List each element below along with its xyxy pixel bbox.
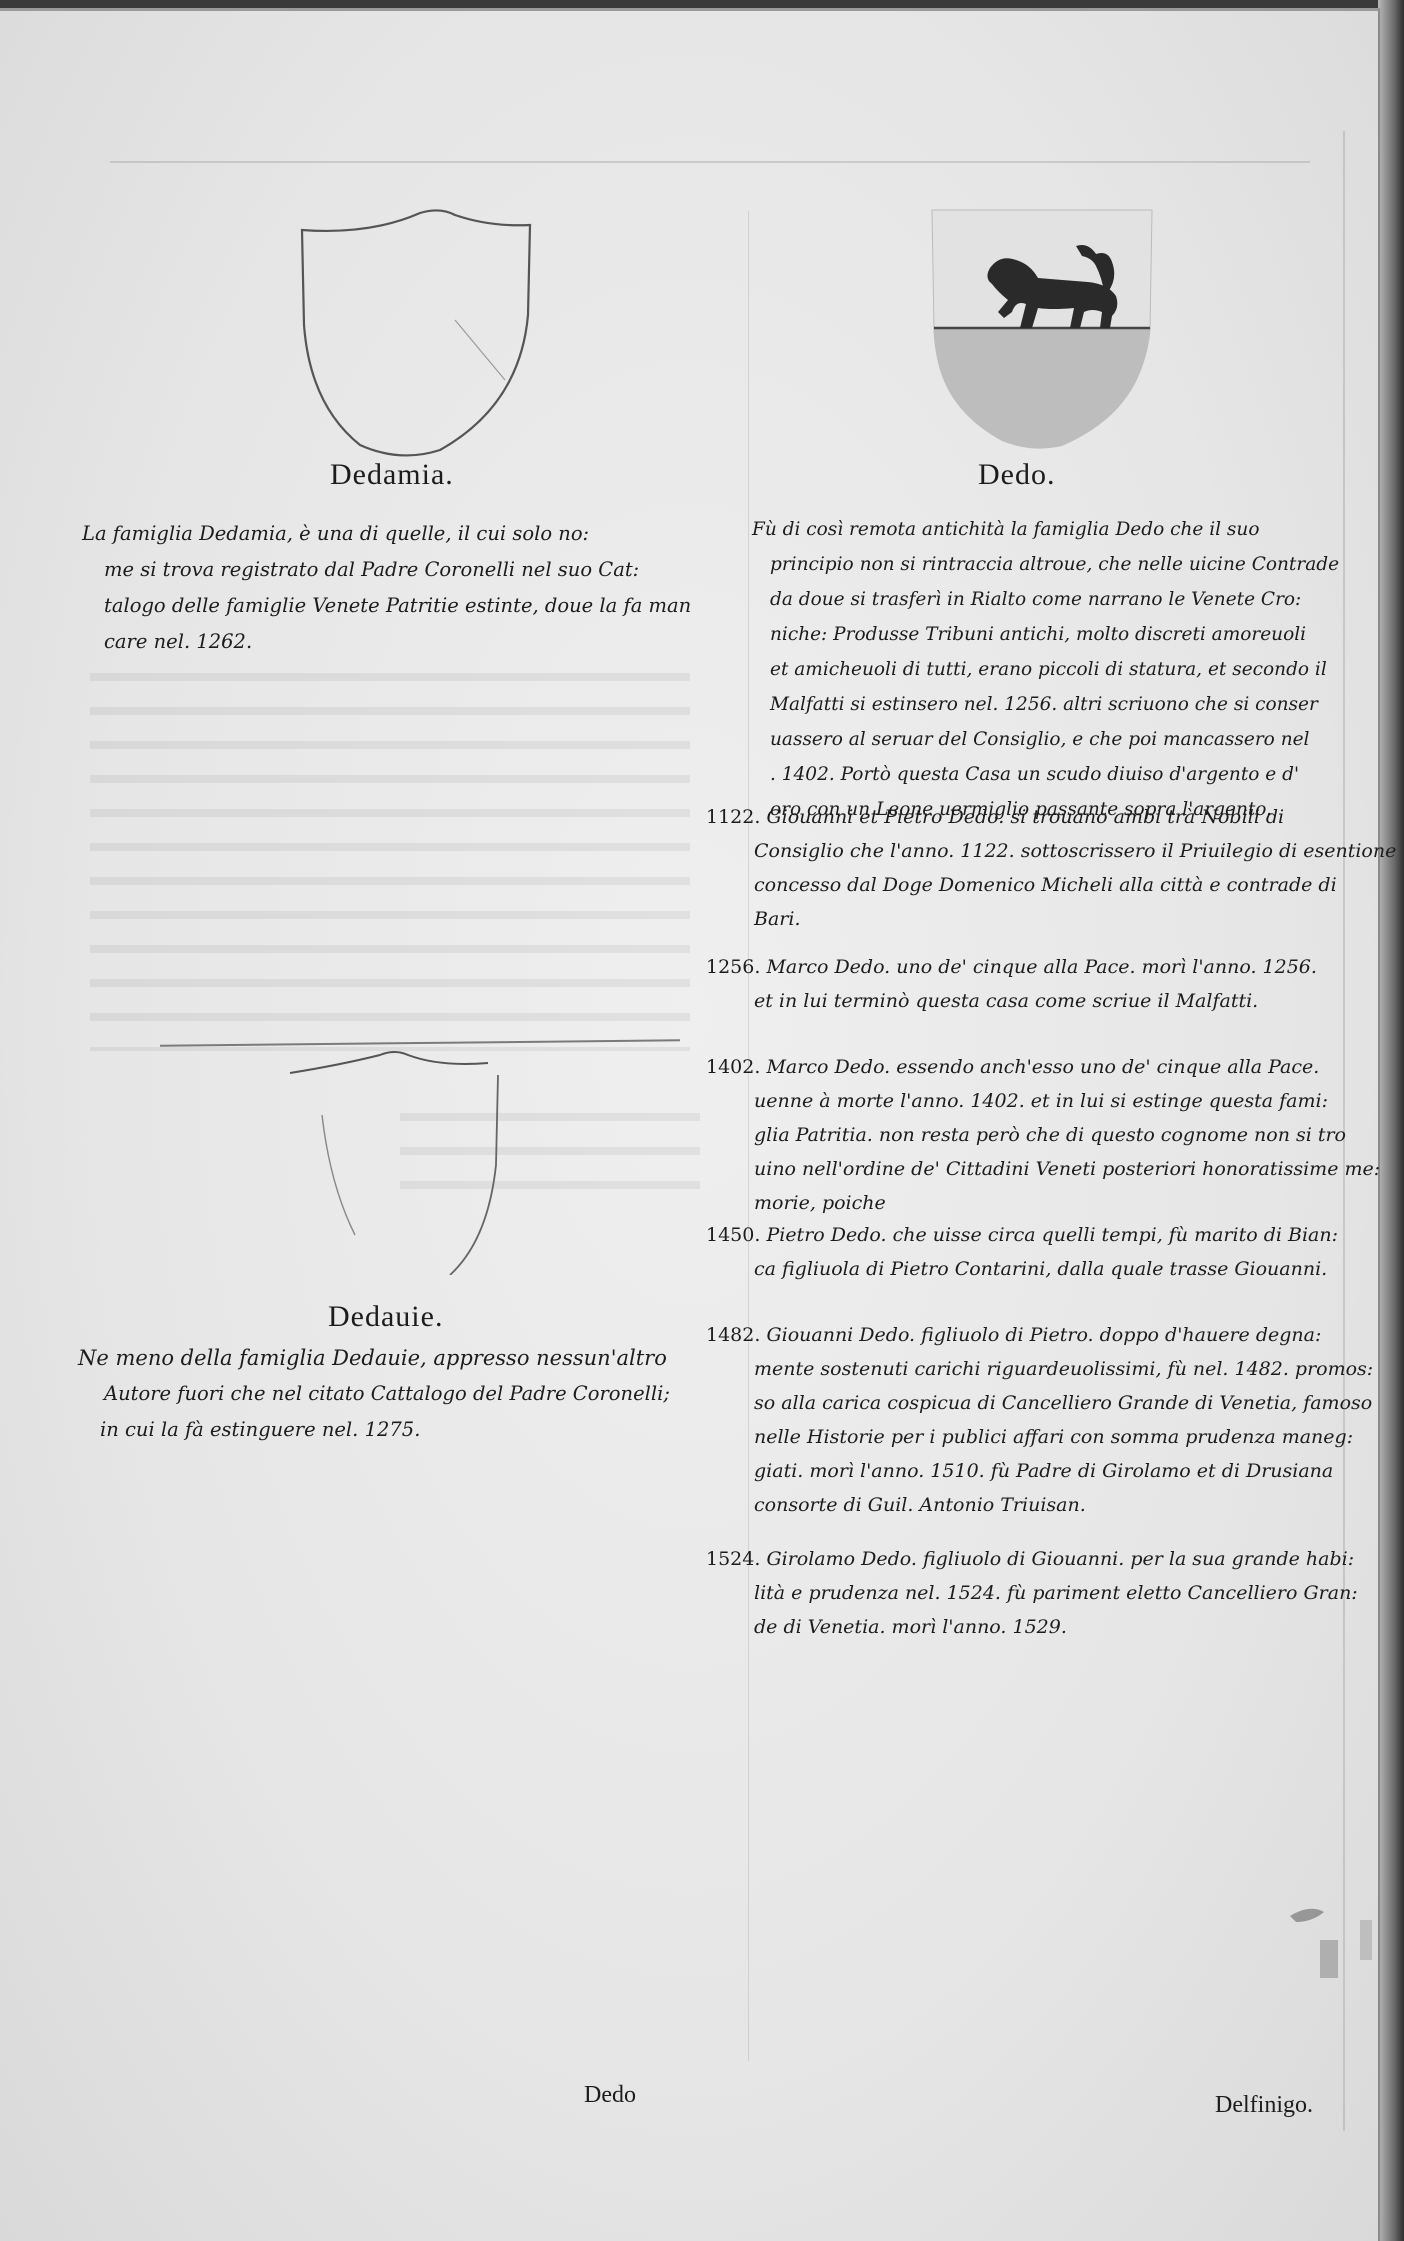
text-line: Girolamo Dedo. figliuolo di Giouanni. pe… — [766, 1548, 1354, 1570]
text-line: et amicheuoli di tutti, erano piccoli di… — [752, 652, 1339, 687]
text-line: talogo delle famiglie Venete Patritie es… — [82, 588, 691, 624]
entry-year: 1524. — [706, 1548, 760, 1570]
catchword-left: Dedo — [584, 2082, 636, 2109]
text-line: Bari. — [706, 902, 1396, 936]
catchword-right: Delfinigo. — [1215, 2092, 1313, 2119]
text-line: Giouanni et Pietro Dedo. si trouano ambi… — [766, 806, 1284, 828]
text-line: Marco Dedo. essendo anch'esso uno de' ci… — [766, 1056, 1319, 1078]
text-line: me si trova registrato dal Padre Coronel… — [82, 552, 691, 588]
text-line: Giouanni Dedo. figliuolo di Pietro. dopp… — [766, 1324, 1321, 1346]
text-line: uassero al seruar del Consiglio, e che p… — [752, 722, 1339, 757]
entry-year: 1256. — [706, 956, 760, 978]
text-line: nelle Historie per i publici affari con … — [706, 1420, 1373, 1454]
dedamia-description: La famiglia Dedamia, è una di quelle, il… — [82, 516, 691, 660]
text-line: . 1402. Portò questa Casa un scudo diuis… — [752, 757, 1339, 792]
text-line: uino nell'ordine de' Cittadini Veneti po… — [706, 1152, 1380, 1186]
chronicle-entry-1450: 1450. Pietro Dedo. che uisse circa quell… — [706, 1218, 1338, 1286]
text-line: so alla carica cospicua di Cancelliero G… — [706, 1386, 1373, 1420]
text-line: Fù di così remota antichità la famiglia … — [752, 512, 1339, 547]
text-line: La famiglia Dedamia, è una di quelle, il… — [82, 516, 691, 552]
text-line: care nel. 1262. — [82, 624, 691, 660]
entry-year: 1122. — [706, 806, 760, 828]
coat-of-arms-dedauie-icon — [280, 1045, 520, 1275]
text-line: uenne à morte l'anno. 1402. et in lui si… — [706, 1084, 1380, 1118]
family-title-dedamia: Dedamia. — [330, 458, 454, 492]
ink-bleed-through — [90, 651, 690, 1051]
ink-stain-icon — [1290, 1890, 1380, 1980]
ruled-margin-top — [110, 161, 1310, 163]
chronicle-entry-1122: 1122. Giouanni et Pietro Dedo. si trouan… — [706, 800, 1396, 936]
chronicle-entry-1256: 1256. Marco Dedo. uno de' cinque alla Pa… — [706, 950, 1317, 1018]
binding-edge — [1378, 0, 1404, 2241]
family-title-dedauie: Dedauie. — [328, 1300, 443, 1334]
text-line: Ne meno della famiglia Dedauie, appresso… — [78, 1340, 670, 1376]
coat-of-arms-dedamia-icon — [280, 205, 540, 460]
text-line: glia Patritia. non resta però che di que… — [706, 1118, 1380, 1152]
text-line: giati. morì l'anno. 1510. fù Padre di Gi… — [706, 1454, 1373, 1488]
family-title-dedo: Dedo. — [978, 458, 1055, 492]
text-line: Marco Dedo. uno de' cinque alla Pace. mo… — [766, 956, 1316, 978]
text-line: in cui la fà estinguere nel. 1275. — [78, 1412, 670, 1448]
text-line: ca figliuola di Pietro Contarini, dalla … — [706, 1252, 1338, 1286]
text-line: principio non si rintraccia altroue, che… — [752, 547, 1339, 582]
chronicle-entry-1402: 1402. Marco Dedo. essendo anch'esso uno … — [706, 1050, 1380, 1220]
text-line: morie, poiche — [706, 1186, 1380, 1220]
text-line: Pietro Dedo. che uisse circa quelli temp… — [766, 1224, 1338, 1246]
text-line: Malfatti si estinsero nel. 1256. altri s… — [752, 687, 1339, 722]
entry-year: 1450. — [706, 1224, 760, 1246]
text-line: mente sostenuti carichi riguardeuolissim… — [706, 1352, 1373, 1386]
chronicle-entry-1524: 1524. Girolamo Dedo. figliuolo di Giouan… — [706, 1542, 1358, 1644]
text-line: niche: Produsse Tribuni antichi, molto d… — [752, 617, 1339, 652]
text-line: Consiglio che l'anno. 1122. sottoscrisse… — [706, 834, 1396, 868]
text-line: da doue si trasferì in Rialto come narra… — [752, 582, 1339, 617]
text-line: de di Venetia. morì l'anno. 1529. — [706, 1610, 1358, 1644]
text-line: et in lui terminò questa casa come scriu… — [706, 984, 1317, 1018]
text-line: Autore fuori che nel citato Cattalogo de… — [78, 1376, 670, 1412]
entry-year: 1402. — [706, 1056, 760, 1078]
text-line: consorte di Guil. Antonio Triuisan. — [706, 1488, 1373, 1522]
coat-of-arms-dedo-icon — [912, 200, 1162, 450]
dedauie-description: Ne meno della famiglia Dedauie, appresso… — [78, 1340, 670, 1448]
entry-year: 1482. — [706, 1324, 760, 1346]
chronicle-entry-1482: 1482. Giouanni Dedo. figliuolo di Pietro… — [706, 1318, 1373, 1522]
dedo-description: Fù di così remota antichità la famiglia … — [752, 512, 1339, 827]
text-line: lità e prudenza nel. 1524. fù pariment e… — [706, 1576, 1358, 1610]
text-line: concesso dal Doge Domenico Micheli alla … — [706, 868, 1396, 902]
